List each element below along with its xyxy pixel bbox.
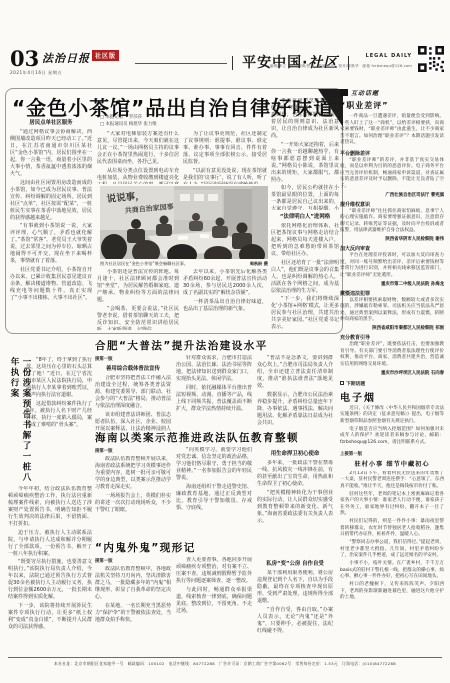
opinion-1-head: 平台删除差评	[340, 150, 444, 157]
qr-code	[418, 46, 444, 72]
hefei-subhead: 善用综合载体普法宣传	[95, 364, 171, 372]
hainan-jump-note: 接第一版	[95, 448, 171, 454]
hainan-subhead: 用生命捍卫初心使命	[257, 449, 333, 457]
opinion-item-4: 震慑违法犯罪 以差评相要挟索取财物，数额较大或者多次实施的，涉嫌敲诈勒索罪。司法…	[340, 290, 444, 332]
opinion-1-source: 广西壮族自治区司法厅 曹宪旗	[340, 192, 444, 198]
newspaper-page: 03 法治日报 社区版 2021年4月16日 星期五 平安中国·社区 LEGAL…	[0, 0, 450, 683]
hainan-article: 海南以类案示范推进政法队伍教育整顿 接第一版 政法队伍教育整顿开展以来，海南省政…	[95, 430, 333, 539]
opinion-5-text: 治理“职业差评”，既要依法打击，也要加强教育引导。有关部门要引导消费者依法理性行…	[340, 342, 444, 368]
lead-col3-bottom: 去年以来，小茶馆先后化解各类矛盾纠纷60余起，开展普法宣传活动30余场，参与居民…	[183, 269, 267, 330]
topic-intro: 一件商品一旦遭遇差评，销量便会受到影响。一些人盯上了这一“商机”，以给差评相要挟…	[340, 114, 444, 147]
hainan-col1: 接第一版 政法队伍教育整顿开展以来，海南省政法系统把学习英模事迹作为重要内容，选…	[95, 447, 171, 539]
next-topic-text: 近日，《关于修改〈中华人民共和国烟草专卖法实施条例〉的决定（征求意见稿）》提出，…	[340, 406, 444, 447]
hefei-col2: 针对群众需求，合肥市打造法治公园、法治长廊、法治书屋等阵地，把法律知识送到群众家…	[176, 355, 252, 431]
photo-meeting: 说说事， 共商自治家园事	[100, 186, 268, 259]
photo-caption-row: 图为社区居民在“金色小茶馆”聚会畅聊社区事。 周秋盼 摄	[100, 261, 268, 267]
opinion-2-text: “职业差评师”往往抓住商家怕麻烦、息事宁人的心理实施敲诈。商家要增强证据意识，注…	[340, 209, 444, 235]
neigui-jump-note: 接第一版	[95, 558, 171, 564]
opinion-3-text: 平台在处理差评投诉时，可以加大反向审查力度，对同一账号频繁给出差评、差评后索要钱…	[340, 253, 444, 279]
hefei-jump-note: 接第一版	[95, 356, 171, 362]
neigui-col1: 接第一版 政法队伍教育整顿中，各地政法机关坚持刀刃向内，坚决清除害群之马，一批隐…	[95, 557, 171, 655]
lead-col3-top: 为了让议事更规范，社区还制定了议事规则：谁提事、谁议事、谁定事、谁办事，事事有回…	[183, 131, 267, 184]
opinion-2-head: 提升维权意识	[340, 201, 444, 208]
hefei-article: 合肥“大普法”提升法治建设水平 接第一版 善用综合载体普法宣传 合肥市坚持把普法…	[95, 338, 333, 431]
neigui-subhead: 私房“变”公房 自作自受	[257, 559, 333, 567]
opinion-3-head: 加大反向审查	[340, 245, 444, 252]
hefei-col1-text: 合肥市坚持把普法工作融入法治建设全过程，统筹各类普法资源，构建党委领导、部门联动…	[95, 375, 171, 431]
section-title-bar-left	[232, 56, 233, 70]
opinion-4-source: 陕西省咸阳市秦都区人民检察院 祁刚	[340, 325, 444, 331]
next-topic-title: 电子烟	[340, 389, 444, 404]
lead-col1-text: “通过网格议事会协商解决，西侧围墙改造项目昨天已经动工了。”近日，在江苏省南通市…	[10, 129, 92, 303]
topic-title: “职业差评”	[340, 100, 444, 111]
hefei-title: 合肥“大普法”提升法治建设水平	[95, 338, 333, 353]
opinion-2-source: 陕西省华阴市人民检察院 谢伟	[340, 236, 444, 242]
sidebar-section-label: 互动话题	[351, 88, 379, 97]
masthead-badge: 社区版	[92, 50, 119, 61]
opinion-4-head: 震慑违法犯罪	[340, 290, 444, 297]
neigui-title: “内鬼外鬼”现形记	[95, 540, 333, 555]
sidebar-section-header: 互动话题	[340, 88, 444, 97]
jump-note: 上接第一版	[340, 451, 444, 457]
lead-col2-top: “大家对电梯加装方案还有什么意见，尽管提出来，今天咱们就在这儿议一议。”一场由网…	[97, 131, 179, 184]
opinion-5-head: 充分教育引导	[340, 334, 444, 341]
square-bullet-icon	[340, 381, 344, 385]
footer-rule	[8, 657, 442, 658]
execution-article-text-top: “8年了，终于拿到了执行款，这块压在心里的石头总算落了地！”近日，在辽宁省沈阳市…	[26, 357, 92, 483]
byline-reporter: □ 本报记者 罗莎莎	[100, 114, 186, 121]
lead-col4-text-top: 茶香氤氲里烹煮着了“法结”和一杯暖心茶，不仅化解矛盾纠纷，也在潜移默化中涵养着居…	[271, 98, 339, 210]
hefei-col1: 接第一版 善用综合载体普法宣传 合肥市坚持把普法工作融入法治建设全过程，统筹各类…	[95, 355, 171, 431]
lead-col4-text-bottom: 依托网格化治理体系，社区把茶馆议事与网格走访结合起来，网格员每天进楼入户，把听到…	[271, 223, 339, 330]
byline-correspondent: □ 本报通讯员 梅煜华 张力维	[100, 121, 186, 128]
date-line: 2021年4月16日 星期五	[10, 70, 62, 76]
neigui-col3-text: 某干部利用职务便利，将公房违规登记到个人名下，自以为手段隐蔽，最终在专项核查中现…	[257, 570, 333, 636]
lead-subhead-2: “法律明白人”进网格	[271, 212, 339, 220]
jump-article-text: 2月13日下午，看着村民无偿送来的年货堆了一大桌，驻村民警老周连连摆手：“心意领…	[340, 471, 444, 604]
execution-article-text-bottom: 今年年初，结合政法队伍教育整顿顽瘴痼疾整治工作，执行法官重新梳理案件线索，向被执…	[8, 486, 92, 654]
opinion-4-text: 以差评相要挟索取财物，数额较大或者多次实施的，涉嫌敲诈勒索罪。司法机关应当依法从…	[340, 298, 444, 324]
lead-col4: 茶香氤氲里烹煮着了“法结”和一杯暖心茶，不仅化解矛盾纠纷，也在潜移默化中涵养着居…	[271, 98, 339, 330]
hefei-col3: “普法不是念条文，要讲到群众心坎上。”合肥市司法局负责人介绍，全市还建立普法责任…	[257, 355, 333, 431]
next-topic-label: 下期话题	[340, 380, 444, 387]
edition-en: LEGAL DAILY	[300, 53, 412, 59]
opinion-3-source: 重庆市第二中级人民法院 孙海龙	[340, 281, 444, 287]
paper-name: 法治日报	[42, 50, 90, 66]
opinion-item-2: 提升维权意识 “职业差评师”往往抓住商家怕麻烦、息事宁人的心理实施敲诈。商家要增…	[340, 201, 444, 243]
footer-imprint: 本社社址：北京市朝阳区花家地甲一号 邮政编码：100102 电话中继线：8477…	[8, 661, 442, 667]
photo-caption: 图为社区居民在“金色小茶馆”聚会畅聊社区事。	[100, 261, 188, 267]
hainan-col1-text: 政法队伍教育整顿开展以来，海南省政法系统把学习英模事迹作为重要内容，选树一批可亲…	[95, 456, 171, 515]
opinion-item-3: 加大反向审查 平台在处理差评投诉时，可以加大反向审查力度，对同一账号频繁给出差评…	[340, 245, 444, 287]
hainan-col2: “向英模学习，就要学习他们对党忠诚、信念坚定的政治品格，学习他们恪尽职守、勇于担…	[176, 447, 252, 539]
opinion-item-5: 充分教育引导 治理“职业差评”，既要依法打击，也要加强教育引导。有关部门要引导消…	[340, 334, 444, 376]
neigui-col1-text: 政法队伍教育整顿中，各地政法机关坚持刀刃向内，坚决清除害群之马，一批隐藏多年的“…	[95, 566, 171, 625]
hainan-col3: 用生命捍卫初心使命 多年来，一批政法干警在禁毒一线、抗风救灾一线冲锋在前，有的甚…	[257, 447, 333, 539]
speech-bubble-icon	[340, 89, 348, 96]
opinion-item-1: 平台删除差评 “职业差评师”的差评，并非基于真实交易体验，而是以牟利为目的的恶意…	[340, 150, 444, 198]
neigui-col3: 私房“变”公房 自作自受 某干部利用职务便利，将公房违规登记到个人名下，自以为手…	[257, 557, 333, 655]
hainan-col3-text: 多年来，一批政法干警在禁毒一线、抗风救灾一线冲锋在前，有的甚至献出了宝贵生命，用…	[257, 460, 333, 526]
lead-col2-bottom: 小茶馆还是普法宣传的阵地。每月逢十，社区法律顾问都会准时到馆“坐堂”，为居民解答…	[97, 269, 179, 330]
lead-subhead-1: 居民点单社区服务	[10, 118, 92, 126]
neigui-article: “内鬼外鬼”现形记 接第一版 政法队伍教育整顿中，各地政法机关坚持刀刃向内，坚决…	[95, 540, 333, 655]
opinion-1-text: “职业差评师”的差评，并非基于真实交易体验，而是以牟利为目的的恶意评价。电子商务…	[340, 158, 444, 191]
hainan-title: 海南以类案示范推进政法队伍教育整顿	[95, 430, 333, 445]
opinion-5-source: 重庆市沙坪坝区人民法院 石向春	[340, 370, 444, 376]
lead-bylines: □ 本报记者 罗莎莎 □ 本报通讯员 梅煜华 张力维	[100, 114, 186, 129]
sidebar: 互动话题 “职业差评” 一件商品一旦遭遇差评，销量便会受到影响。一些人盯上了这一…	[340, 88, 444, 654]
neigui-col2: 查人更要查事。各地同步开展顽瘴痼疾专项整治，对有案不立、压案不查、违规减刑假释暂…	[176, 557, 252, 655]
header-rule-left	[135, 63, 227, 64]
page-number: 03	[10, 46, 39, 71]
jump-article-title: 驻村小事 细节中藏初心	[340, 459, 444, 468]
photo-credit: 周秋盼 摄	[250, 261, 268, 267]
masthead-credits: 编辑/李立 见习编辑/张博 美编/高岳 校对/陈维华 邮箱 fzrbshequ@…	[240, 64, 412, 69]
lead-col1: 居民点单社区服务 “通过网格议事会协商解决，西侧围墙改造项目昨天已经动工了。”近…	[10, 116, 92, 330]
